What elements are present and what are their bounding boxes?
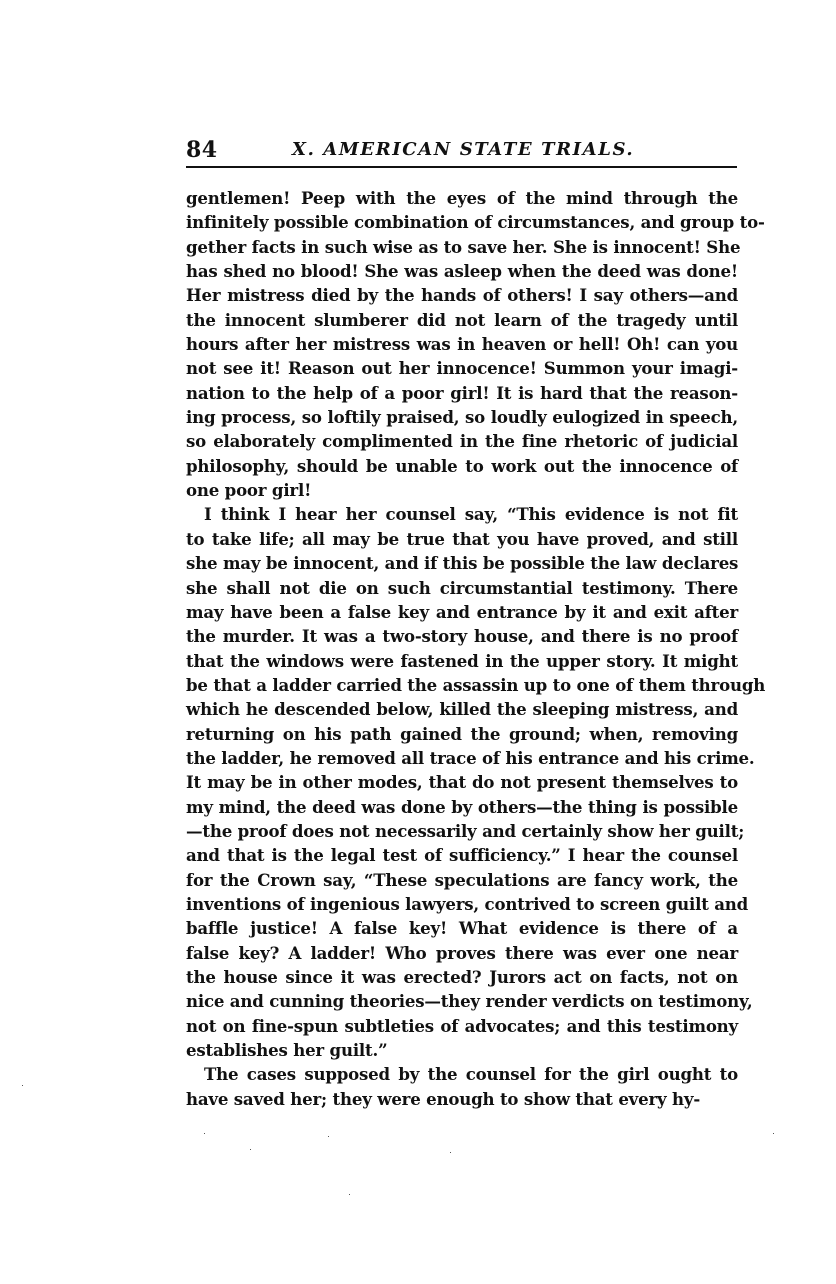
text-line: the house since it was erected? Jurors a… [186, 965, 738, 989]
text-line: —the proof does not necessarily and cert… [186, 819, 738, 843]
paragraph: The cases supposed by the counsel for th… [186, 1062, 738, 1111]
text-line: infinitely possible combination of circu… [186, 210, 738, 234]
scan-speck [450, 1152, 451, 1153]
text-line: philosophy, should be unable to work out… [186, 454, 738, 478]
text-line: the innocent slumberer did not learn of … [186, 308, 738, 332]
text-line: which he descended below, killed the sle… [186, 697, 738, 721]
text-line: for the Crown say, “These speculations a… [186, 868, 738, 892]
scan-speck [250, 1149, 251, 1150]
text-line: nice and cunning theories—they render ve… [186, 989, 738, 1013]
text-line: gentlemen! Peep with the eyes of the min… [186, 186, 738, 210]
scan-speck [349, 1194, 350, 1195]
scan-speck [204, 1133, 205, 1134]
text-line: The cases supposed by the counsel for th… [186, 1062, 738, 1086]
text-line: establishes her guilt.” [186, 1038, 738, 1062]
text-line: not on fine-spun subtleties of advocates… [186, 1014, 738, 1038]
text-line: has shed no blood! She was asleep when t… [186, 259, 738, 283]
text-line: so elaborately complimented in the fine … [186, 429, 738, 453]
text-line: I think I hear her counsel say, “This ev… [186, 502, 738, 526]
text-line: ing process, so loftily praised, so loud… [186, 405, 738, 429]
text-line: be that a ladder carried the assassin up… [186, 673, 738, 697]
text-line: she may be innocent, and if this be poss… [186, 551, 738, 575]
text-line: gether facts in such wise as to save her… [186, 235, 738, 259]
text-line: my mind, the deed was done by others—the… [186, 795, 738, 819]
text-line: not see it! Reason out her innocence! Su… [186, 356, 738, 380]
text-line: the ladder, he removed all trace of his … [186, 746, 738, 770]
text-line: to take life; all may be true that you h… [186, 527, 738, 551]
scan-speck [773, 1133, 774, 1134]
text-line: she shall not die on such circumstantial… [186, 576, 738, 600]
text-line: and that is the legal test of sufficienc… [186, 843, 738, 867]
text-line: have saved her; they were enough to show… [186, 1087, 738, 1111]
text-line: hours after her mistress was in heaven o… [186, 332, 738, 356]
paragraph: gentlemen! Peep with the eyes of the min… [186, 186, 738, 502]
text-line: nation to the help of a poor girl! It is… [186, 381, 738, 405]
text-line: It may be in other modes, that do not pr… [186, 770, 738, 794]
scan-speck [22, 1085, 23, 1086]
running-head: 84 X. AMERICAN STATE TRIALS. [186, 136, 738, 164]
text-line: returning on his path gained the ground;… [186, 722, 738, 746]
text-line: baffle justice! A false key! What eviden… [186, 916, 738, 940]
page-number: 84 [186, 136, 218, 164]
body-text: gentlemen! Peep with the eyes of the min… [186, 186, 738, 1111]
running-title: X. AMERICAN STATE TRIALS. [292, 136, 634, 164]
text-line: inventions of ingenious lawyers, contriv… [186, 892, 738, 916]
scan-speck [328, 1136, 329, 1137]
text-line: Her mistress died by the hands of others… [186, 283, 738, 307]
text-line: may have been a false key and entrance b… [186, 600, 738, 624]
text-line: one poor girl! [186, 478, 738, 502]
text-line: false key? A ladder! Who proves there wa… [186, 941, 738, 965]
text-line: the murder. It was a two-story house, an… [186, 624, 738, 648]
book-page: 84 X. AMERICAN STATE TRIALS. gentlemen! … [186, 136, 738, 1111]
header-rule [186, 166, 737, 168]
paragraph: I think I hear her counsel say, “This ev… [186, 502, 738, 1062]
text-line: that the windows were fastened in the up… [186, 649, 738, 673]
